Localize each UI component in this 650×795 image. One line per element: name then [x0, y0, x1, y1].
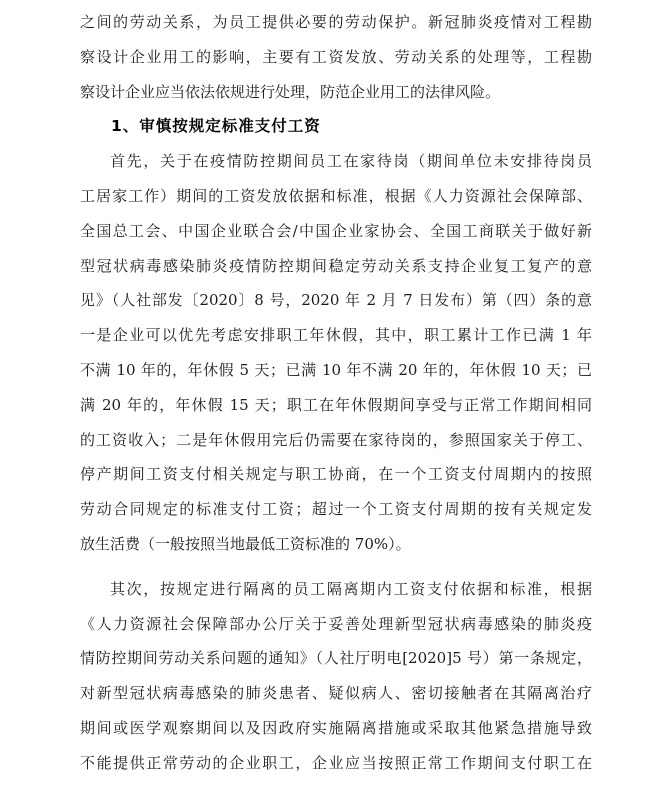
text-line: 对新型冠状病毒感染的肺炎患者、疑似病人、密切接触者在其隔离治疗: [80, 676, 592, 711]
text-line: 不满 10 年的，年休假 5 天；已满 10 年不满 20 年的，年休假 10 …: [80, 353, 592, 388]
text-line: 放生活费（一般按照当地最低工资标准的 70%）。: [80, 527, 592, 562]
text-line: 期间或医学观察期间以及因政府实施隔离措施或采取其他紧急措施导致: [80, 711, 592, 746]
text-line: 工居家工作）期间的工资发放依据和标准，根据《人力资源社会保障部、: [80, 179, 592, 214]
text-line: 一是企业可以优先考虑安排职工年休假，其中，职工累计工作已满 1 年: [80, 318, 592, 353]
text-line: 的工资收入；二是年休假用完后仍需要在家待岗的，参照国家关于停工、: [80, 423, 592, 458]
text-line: 全国总工会、中国企业联合会/中国企业家协会、全国工商联关于做好新: [80, 214, 592, 249]
text-line: 情防控期间劳动关系问题的通知》（人社厅明电[2020]5 号）第一条规定，: [80, 641, 592, 676]
paragraph-first: 首先，关于在疫情防控期间员工在家待岗（期间单位未安排待岗员 工居家工作）期间的工…: [80, 144, 592, 562]
section-heading-1: 1、审慎按规定标准支付工资: [80, 109, 592, 144]
text-line: 之间的劳动关系，为员工提供必要的劳动保护。新冠肺炎疫情对工程勘: [80, 5, 592, 40]
text-line: 不能提供正常劳动的企业职工，企业应当按照正常工作期间支付职工在: [80, 746, 592, 781]
document-text-block: 之间的劳动关系，为员工提供必要的劳动保护。新冠肺炎疫情对工程勘 察设计企业用工的…: [80, 5, 592, 781]
continuation-paragraph: 之间的劳动关系，为员工提供必要的劳动保护。新冠肺炎疫情对工程勘 察设计企业用工的…: [80, 5, 592, 109]
paragraph-second: 其次，按规定进行隔离的员工隔离期内工资支付依据和标准，根据 《人力资源社会保障部…: [80, 572, 592, 781]
text-line: 劳动合同规定的标准支付工资；超过一个工资支付周期的按有关规定发: [80, 492, 592, 527]
text-line: 见》（人社部发〔2020〕8 号，2020 年 2 月 7 日发布）第（四）条的…: [80, 283, 592, 318]
text-line: 《人力资源社会保障部办公厅关于妥善处理新型冠状病毒感染的肺炎疫: [80, 607, 592, 642]
text-line: 察设计企业应当依法依规进行处理，防范企业用工的法律风险。: [80, 75, 592, 110]
text-line: 满 20 年的，年休假 15 天；职工在年休假期间享受与正常工作期间相同: [80, 388, 592, 423]
text-line: 型冠状病毒感染肺炎疫情防控期间稳定劳动关系支持企业复工复产的意: [80, 249, 592, 284]
text-line: 察设计企业用工的影响，主要有工资发放、劳动关系的处理等，工程勘: [80, 40, 592, 75]
text-line: 其次，按规定进行隔离的员工隔离期内工资支付依据和标准，根据: [80, 572, 592, 607]
document-page: 之间的劳动关系，为员工提供必要的劳动保护。新冠肺炎疫情对工程勘 察设计企业用工的…: [0, 0, 650, 795]
text-line: 停产期间工资支付相关规定与职工协商，在一个工资支付周期内的按照: [80, 457, 592, 492]
text-line: 首先，关于在疫情防控期间员工在家待岗（期间单位未安排待岗员: [80, 144, 592, 179]
